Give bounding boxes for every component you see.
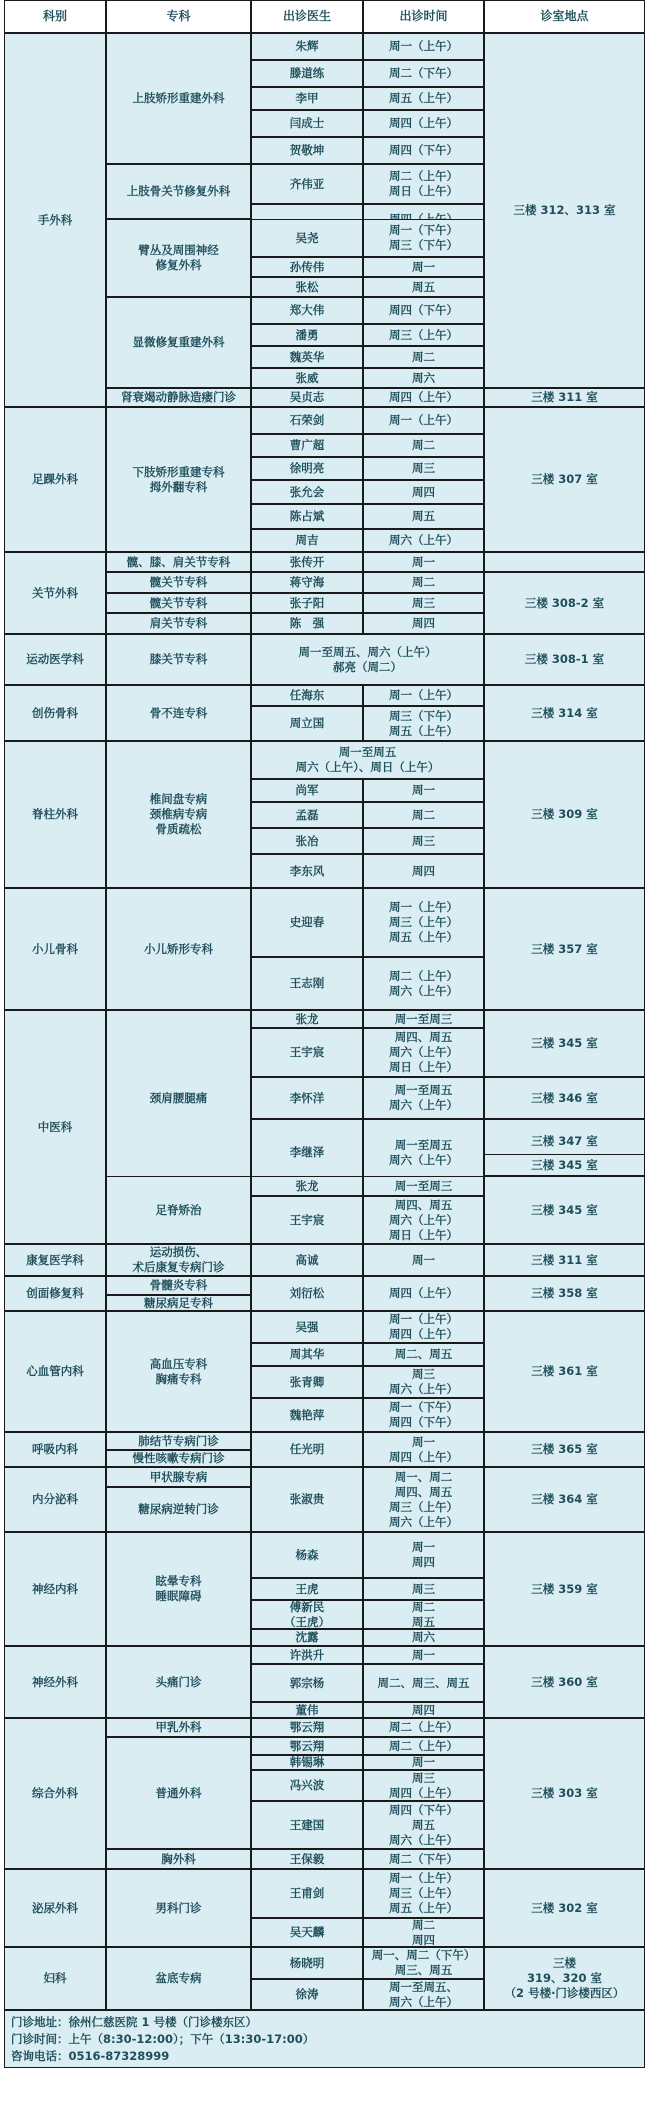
table-cell: 周六 [363,368,484,388]
table-cell: 三楼 365 室 [484,1432,645,1467]
table-cell: 孙传伟 [251,257,363,277]
table-cell: 周一 周四 [363,1532,484,1578]
table-cell: 眩晕专科 睡眠障碍 [106,1532,251,1646]
table-cell: 周一（下午） 周三（下午） [363,219,484,257]
table-cell: 周立国 [251,706,363,741]
table-cell: 关节外科 [4,552,106,634]
table-cell: 创面修复科 [4,1276,106,1311]
table-cell: 糖尿病足专科 [106,1295,251,1311]
table-cell: 髋、膝、肩关节专科 [106,552,251,572]
table-cell: 杨晓明 [251,1947,363,1979]
table-cell: 周二（下午） [363,60,484,87]
table-cell: 徐涛 [251,1979,363,2010]
table-cell: 杨森 [251,1532,363,1578]
table-cell: 周二（上午） 周日（上午） [363,164,484,204]
table-cell: 足踝外科 [4,407,106,552]
table-cell: 周三 [363,828,484,854]
table-cell: 神经外科 [4,1646,106,1718]
table-cell: 三楼 302 室 [484,1869,645,1947]
table-cell: 周一（上午） 周三（上午） 周五（上午） [363,888,484,957]
table-cell: 综合外科 [4,1718,106,1869]
table-cell: 泌尿外科 [4,1869,106,1947]
table-cell: 周二（上午） 周六（上午） [363,957,484,1010]
table-cell: 张龙 [251,1176,363,1196]
footer-phone: 咨询电话：0516-87328999 [11,2048,169,2065]
table-cell: 刘衍松 [251,1276,363,1311]
table-cell: 三楼 345 室 [484,1154,645,1176]
table-cell: 上肢矫形重建外科 [106,33,251,164]
table-cell: 朱辉 [251,33,363,60]
table-cell: 臂丛及周围神经 修复外科 [106,219,251,297]
table-cell: 椎间盘专病 颈椎病专病 骨质疏松 [106,741,251,888]
table-cell: 普通外科 [106,1737,251,1849]
column-header: 科别 [4,0,106,33]
table-cell: 运动医学科 [4,634,106,685]
table-cell: 三楼 361 室 [484,1311,645,1432]
table-cell: 周二、周五 [363,1343,484,1366]
table-cell: 骨不连专科 [106,685,251,741]
table-cell: 傅新民 （王虎） [251,1600,363,1629]
table-cell: 张淑贵 [251,1467,363,1532]
table-cell: 王甫剑 [251,1869,363,1918]
table-cell: 显微修复重建外科 [106,297,251,388]
table-cell: 周四 [363,480,484,504]
table-cell: 周一至周五 周六（上午） [363,1077,484,1119]
table-cell: 周一、周二 周四、周五 周三（上午） 周六（上午） [363,1467,484,1532]
table-cell: 三楼 360 室 [484,1646,645,1718]
table-cell: 吴强 [251,1311,363,1343]
table-cell: 创伤骨科 [4,685,106,741]
table-cell: 周三 周六（上午） [363,1366,484,1398]
table-cell: 心血管内科 [4,1311,106,1432]
table-cell: 男科门诊 [106,1869,251,1947]
table-cell: 周一（上午） 周四（上午） [363,1311,484,1343]
table-cell: 周二 周五 [363,1600,484,1629]
table-cell: 尚军 [251,779,363,802]
table-cell: 周四（下午） [363,137,484,164]
table-cell: 周三 [363,593,484,613]
table-cell: 呼吸内科 [4,1432,106,1467]
table-cell: 张冶 [251,828,363,854]
column-header: 出诊时间 [363,0,484,33]
table-cell: 下肢矫形重建专科 拇外翻专科 [106,407,251,552]
table-cell: 周一（下午） 周四（下午） [363,1398,484,1432]
table-cell: 周三 [363,1578,484,1600]
table-cell: 三楼 358 室 [484,1276,645,1311]
table-cell: 周一（上午） [363,407,484,434]
table-cell: 周其华 [251,1343,363,1366]
table-cell: 周四（下午） 周五 周六（上午） [363,1801,484,1849]
column-header: 专科 [106,0,251,33]
table-cell: 陈占斌 [251,504,363,529]
table-cell: 三楼 314 室 [484,685,645,741]
table-cell: 周一 [363,257,484,277]
table-cell: 董伟 [251,1702,363,1718]
table-cell: 周四 [363,854,484,888]
table-cell: 韩锡琳 [251,1755,363,1770]
table-cell: 任光明 [251,1432,363,1467]
table-cell: 周一至周三 [363,1010,484,1028]
table-cell: 周二、周三、周五 [363,1664,484,1702]
table-cell: 闫成士 [251,110,363,137]
footer-address: 门诊地址：徐州仁慈医院 1 号楼（门诊楼东区） [11,2014,257,2031]
table-cell: 手外科 [4,33,106,407]
table-cell: 康复医学科 [4,1244,106,1276]
table-cell: 周一至周五、 周六（上午） [363,1979,484,2010]
table-cell: 三楼 312、313 室 [484,33,645,388]
table-cell: 神经内科 [4,1532,106,1646]
table-cell: 张威 [251,368,363,388]
table-cell: 周五（上午） [363,87,484,110]
table-cell: 三楼 311 室 [484,1244,645,1276]
table-cell: 三楼 357 室 [484,888,645,1010]
table-cell: 王保毅 [251,1849,363,1869]
table-cell: 王宇宸 [251,1028,363,1077]
table-cell: 张龙 [251,1010,363,1028]
table-cell: 郭宗杨 [251,1664,363,1702]
table-cell: 张传开 [251,552,363,572]
table-cell: 贺敬坤 [251,137,363,164]
table-cell: 三楼 345 室 [484,1010,645,1077]
table-cell: 周四、周五 周六（上午） 周日（上午） [363,1028,484,1077]
table-cell: 三楼 303 室 [484,1718,645,1869]
table-cell: 上肢骨关节修复外科 [106,164,251,219]
table-cell: 史迎春 [251,888,363,957]
table-cell: 中医科 [4,1010,106,1244]
table-cell: 齐伟亚 [251,164,363,204]
table-cell: 三楼 309 室 [484,741,645,888]
table-cell: 吴尧 [251,219,363,257]
table-cell: 周六（上午） [363,529,484,552]
table-cell: 高诚 [251,1244,363,1276]
table-cell: 小儿骨科 [4,888,106,1010]
table-cell: 胸外科 [106,1849,251,1869]
table-cell: 周一、周二（下午） 周三、周五 [363,1947,484,1979]
table-cell: 周二 [363,346,484,368]
table-cell: 周四 [363,613,484,634]
table-cell: 周二 [363,434,484,457]
outpatient-schedule-table: 科别专科出诊医生出诊时间诊室地点手外科上肢矫形重建外科朱辉周一（上午）滕道练周二… [0,0,647,2103]
table-cell: 妇科 [4,1947,106,2010]
table-cell: 周一 [363,1646,484,1664]
table-cell: 三楼 359 室 [484,1532,645,1646]
table-cell: 三楼 308-2 室 [484,572,645,634]
table-cell: 三楼 308-1 室 [484,634,645,685]
table-cell: 周二 周四 [363,1918,484,1947]
table-cell: 肾衰竭动静脉造瘘门诊 [106,388,251,407]
footer-hours: 门诊时间：上午（8:30-12:00）；下午（13:30-17:00） [11,2031,314,2048]
table-cell: 肩关节专科 [106,613,251,634]
table-cell: 周二 [363,802,484,828]
table-cell: 髋关节专科 [106,572,251,593]
table-cell: 周一（上午） 周三（上午） 周五（上午） [363,1869,484,1918]
table-cell: 高血压专科 胸痛专科 [106,1311,251,1432]
table-cell: 慢性咳嗽专病门诊 [106,1450,251,1467]
table-cell: 周一（上午） [363,685,484,706]
table-cell: 张允会 [251,480,363,504]
table-cell: 李甲 [251,87,363,110]
table-cell: 周一 [363,1244,484,1276]
table-cell: 吴贞志 [251,388,363,407]
table-cell: 盆底专病 [106,1947,251,2010]
table-cell: 许洪升 [251,1646,363,1664]
table-cell: 吴天麟 [251,1918,363,1947]
table-cell: 三楼 346 室 [484,1077,645,1119]
table-cell: 王志刚 [251,957,363,1010]
footer-info: 门诊地址：徐州仁慈医院 1 号楼（门诊楼东区） 门诊时间：上午（8:30-12:… [4,2010,645,2068]
table-cell: 沈露 [251,1629,363,1646]
table-cell: 郑大伟 [251,297,363,324]
table-cell: 足脊矫治 [106,1176,251,1244]
table-cell: 鄂云翔 [251,1718,363,1737]
column-header: 出诊医生 [251,0,363,33]
table-cell: 骨髓炎专科 [106,1276,251,1295]
table-cell: 运动损伤、 术后康复专病门诊 [106,1244,251,1276]
table-cell: 周五 [363,504,484,529]
table-cell: 三楼 364 室 [484,1467,645,1532]
table-cell: 周三 [363,457,484,480]
table-cell: 陈 强 [251,613,363,634]
table-cell: 李东风 [251,854,363,888]
table-cell: 膝关节专科 [106,634,251,685]
table-cell: 周吉 [251,529,363,552]
table-cell: 周二（上午） [363,1737,484,1755]
table-cell: 冯兴波 [251,1770,363,1801]
table-cell: 周四（上午） [363,388,484,407]
table-cell: 周一 周四（上午） [363,1432,484,1467]
table-cell: 周一至周五、周六（上午） 郝亮（周二） [251,634,484,685]
table-cell: 孟磊 [251,802,363,828]
table-cell: 周四（下午） [363,297,484,324]
table-cell: 滕道练 [251,60,363,87]
table-cell: 魏艳萍 [251,1398,363,1432]
table-cell: 甲乳外科 [106,1718,251,1737]
table-cell: 鄂云翔 [251,1737,363,1755]
table-cell: 三楼 307 室 [484,407,645,552]
table-cell: 周二（上午） [363,1718,484,1737]
table-cell: 周六 [363,1629,484,1646]
table-cell: 甲状腺专病 [106,1467,251,1487]
table-cell: 曹广超 [251,434,363,457]
column-header: 诊室地点 [484,0,645,33]
table-cell: 周一至周三 [363,1176,484,1196]
table-cell: 王宇宸 [251,1196,363,1244]
table-cell: 小儿矫形专科 [106,888,251,1010]
table-cell: 周四、周五 周六（上午） 周日（上午） [363,1196,484,1244]
table-cell: 脊柱外科 [4,741,106,888]
table-cell: 周四（上午） [363,110,484,137]
table-cell: 魏英华 [251,346,363,368]
table-cell: 肺结节专病门诊 [106,1432,251,1450]
table-cell: 徐明亮 [251,457,363,480]
table-cell: 内分泌科 [4,1467,106,1532]
table-cell: 周二（下午） [363,1849,484,1869]
table-cell: 周二 [363,572,484,593]
table-cell: 周四（上午） [363,1276,484,1311]
table-cell: 周三（下午） 周五（上午） [363,706,484,741]
table-cell: 周五 [363,277,484,297]
table-cell: 周三（上午） [363,324,484,346]
table-cell: 周三 周四（上午） [363,1770,484,1801]
table-cell: 王建国 [251,1801,363,1849]
table-cell: 三楼 319、320 室 （2 号楼·门诊楼西区） [484,1947,645,2010]
table-cell [484,552,645,572]
table-cell: 髋关节专科 [106,593,251,613]
table-cell: 周一（上午） [363,33,484,60]
table-cell: 三楼 345 室 [484,1176,645,1244]
table-cell: 张青卿 [251,1366,363,1398]
table-cell: 周一 [363,1755,484,1770]
table-cell: 任海东 [251,685,363,706]
table-cell: 张松 [251,277,363,297]
table-cell: 三楼 311 室 [484,388,645,407]
table-cell: 王虎 [251,1578,363,1600]
table-cell: 潘勇 [251,324,363,346]
table-cell: 颈肩腰腿痛 [106,1010,251,1186]
table-cell: 李怀洋 [251,1077,363,1119]
table-cell: 糖尿病逆转门诊 [106,1487,251,1532]
table-cell: 张子阳 [251,593,363,613]
table-cell: 周四 [363,1702,484,1718]
table-cell: 周一至周五 周六（上午）、周日（上午） [251,741,484,779]
table-cell: 周一 [363,552,484,572]
table-cell: 周一 [363,779,484,802]
table-cell: 蒋守海 [251,572,363,593]
table-cell: 头痛门诊 [106,1646,251,1718]
table-cell: 石荣剑 [251,407,363,434]
